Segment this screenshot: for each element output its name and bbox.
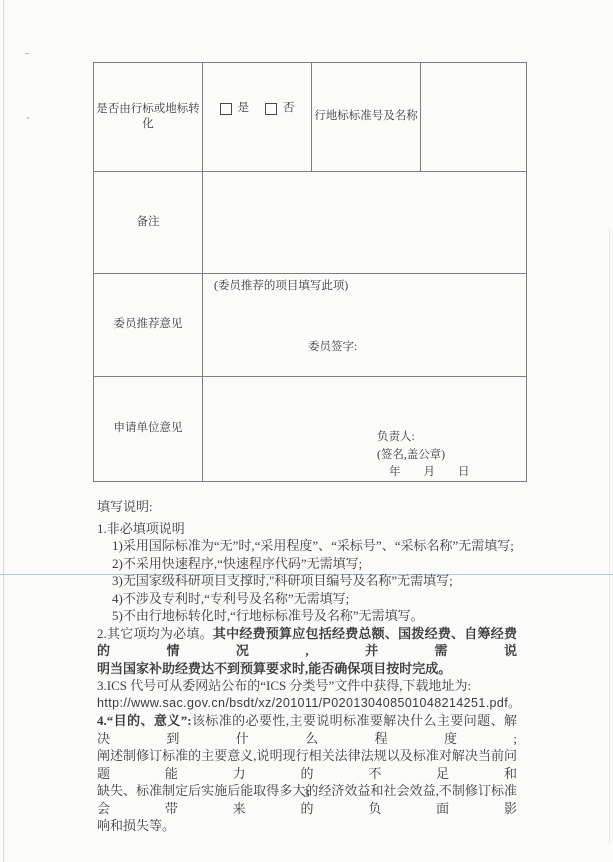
row-committee-opinion: 委员推荐意见 (委员推荐的项目填写此项) 委员签字:	[94, 274, 527, 377]
row-remarks: 备注	[94, 172, 527, 274]
applicant-signature-block: 负责人: (签名,盖公章) 年 月 日	[377, 429, 470, 482]
filling-instructions: 填写说明: 1.非必填项说明 1)采用国际标准为“无”时,“采用程度”、“采标号…	[97, 498, 517, 835]
scan-speck	[27, 117, 29, 119]
row-applicant-opinion: 申请单位意见 负责人: (签名,盖公章) 年 月 日	[94, 377, 527, 482]
committee-signature-label: 委员签字:	[308, 340, 357, 356]
checkbox-row: 是 否	[203, 101, 311, 134]
committee-opinion-content-cell: (委员推荐的项目填写此项) 委员签字:	[203, 274, 527, 377]
principal-label: 负责人:	[377, 429, 470, 447]
item-3-url: http://www.sac.gov.cn/bsdt/xz/201011/P02…	[97, 695, 517, 713]
checkbox-no-label: 否	[283, 101, 295, 117]
checkbox-no	[265, 103, 277, 115]
checkbox-yes	[220, 103, 232, 115]
instructions-title: 填写说明:	[97, 498, 517, 516]
item-1-subitems: 1)采用国际标准为“无”时,“采用程度”、“采标号”、“采标名称”无需填写;2)…	[97, 537, 517, 625]
application-form-table: 是否由行标或地标转化 是 否 行地标标准号及名称 备注 委员推荐意见 (委员推荐…	[93, 62, 527, 482]
item-2-paragraph: 2.其它项均为必填。其中经费预算应包括经费总额、国拨经费、自筹经费的情况,并需说…	[97, 625, 517, 678]
committee-opinion-label-cell: 委员推荐意见	[94, 274, 203, 377]
conversion-label-cell: 是否由行标或地标转化	[94, 63, 203, 172]
row-standard-conversion: 是否由行标或地标转化 是 否 行地标标准号及名称	[94, 63, 527, 172]
scan-speck	[25, 53, 29, 54]
conversion-label: 是否由行标或地标转化	[94, 102, 202, 133]
item-1-heading: 1.非必填项说明	[97, 520, 517, 538]
scan-edge-line-left	[3, 0, 4, 862]
standard-number-label-cell: 行地标标准号及名称	[312, 63, 421, 172]
remarks-label-cell: 备注	[94, 172, 203, 274]
item-3-text: 3.ICS 代号可从委网站公布的“ICS 分类号”文件中获得,下载地址为:	[97, 677, 517, 695]
item-4-paragraph: 4.“目的、意义”:该标准的必要性,主要说明标准要解决什么主要问题、解决到什么程…	[97, 712, 517, 835]
standard-number-value-cell	[421, 63, 527, 172]
checkbox-yes-label: 是	[238, 101, 250, 117]
committee-note: (委员推荐的项目填写此项)	[214, 279, 348, 295]
page-number: 3	[0, 786, 613, 801]
scan-edge-line-right	[609, 228, 610, 844]
applicant-opinion-content-cell: 负责人: (签名,盖公章) 年 月 日	[203, 377, 527, 482]
conversion-checkbox-cell: 是 否	[203, 63, 312, 172]
remarks-content-cell	[203, 172, 527, 274]
date-line: 年 月 日	[377, 464, 470, 482]
seal-note: (签名,盖公章)	[377, 447, 470, 465]
scanned-document-page: 是否由行标或地标转化 是 否 行地标标准号及名称 备注 委员推荐意见 (委员推荐…	[0, 0, 613, 862]
applicant-opinion-label-cell: 申请单位意见	[94, 377, 203, 482]
